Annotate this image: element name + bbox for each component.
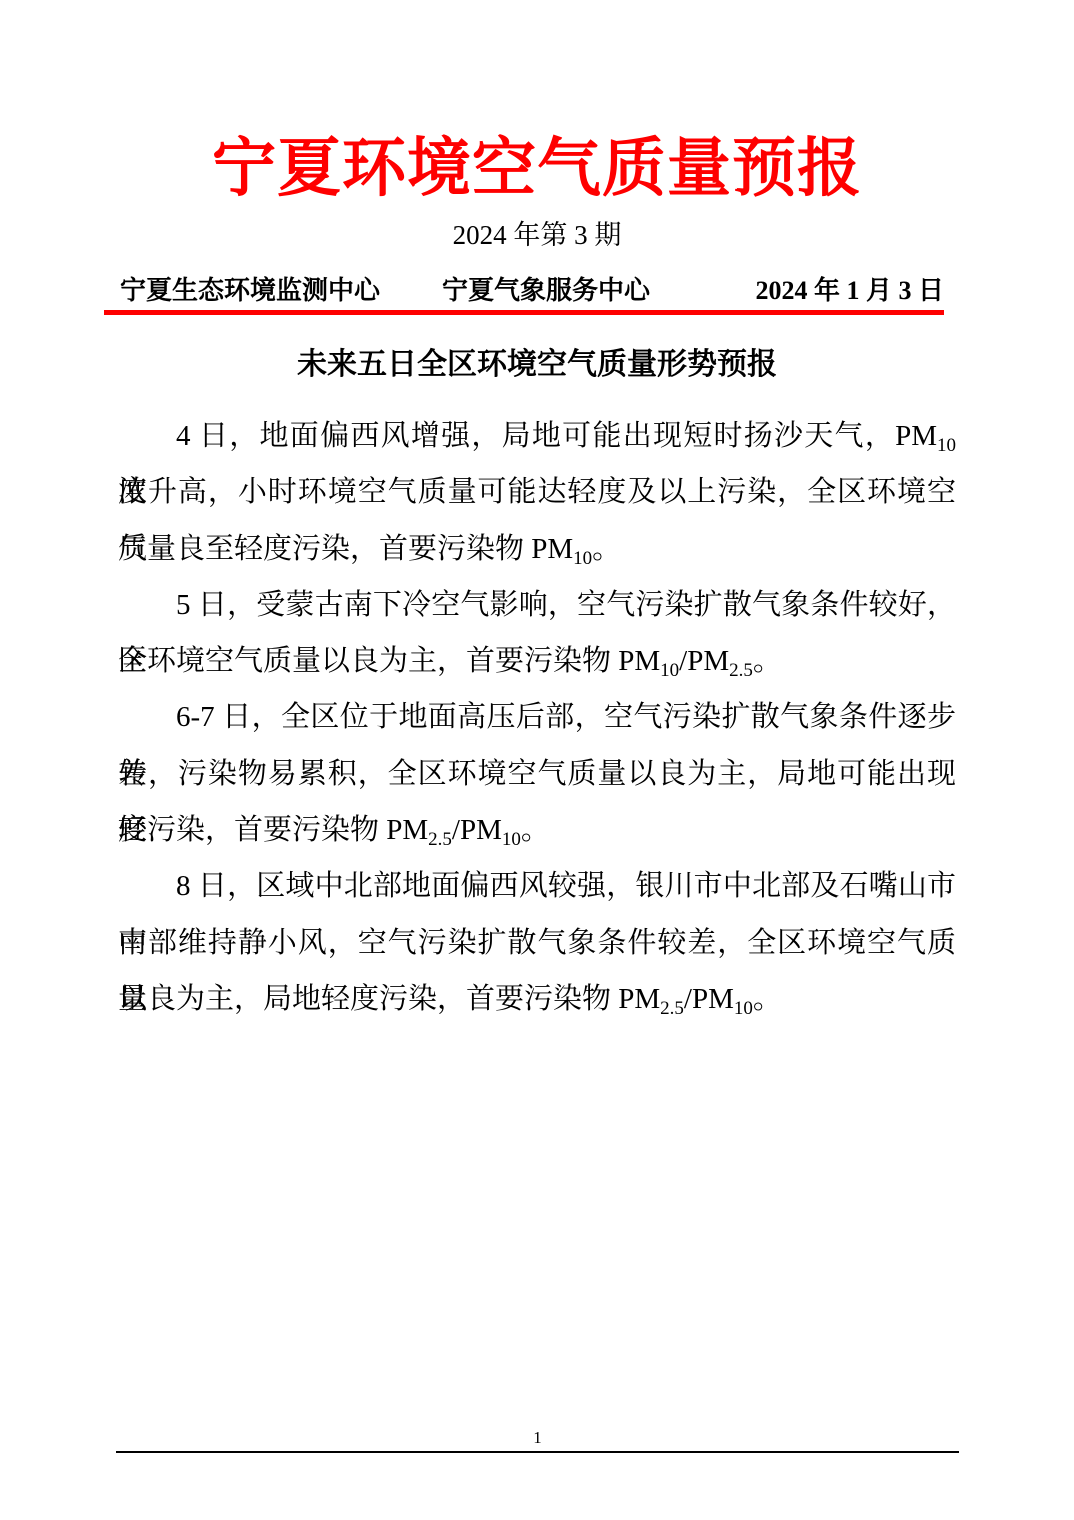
- body-paragraphs: 4 日，地面偏西风增强，局地可能出现短时扬沙天气，PM10 浓度升高，小时环境空…: [118, 408, 956, 1027]
- page-title: 宁夏环境空气质量预报: [0, 130, 1074, 208]
- body-line: 度升高，小时环境空气质量可能达轻度及以上污染，全区环境空气: [118, 464, 956, 520]
- issue-number: 2024 年第 3 期: [0, 219, 1074, 251]
- body-line: 6-7 日，全区位于地面高压后部，空气污染扩散气象条件逐步转: [118, 689, 956, 745]
- org-name-left: 宁夏生态环境监测中心: [120, 276, 380, 306]
- section-heading: 未来五日全区环境空气质量形势预报: [0, 348, 1074, 382]
- publish-date: 2024 年 1 月 3 日: [755, 276, 944, 306]
- body-line: 以良为主，局地轻度污染，首要污染物 PM2.5/PM10。: [118, 971, 956, 1027]
- body-line: 南部维持静小风，空气污染扩散气象条件较差，全区环境空气质量: [118, 915, 956, 971]
- body-line: 度污染，首要污染物 PM2.5/PM10。: [118, 802, 956, 858]
- header-org-row: 宁夏生态环境监测中心 宁夏气象服务中心 2024 年 1 月 3 日: [120, 276, 944, 306]
- body-line: 4 日，地面偏西风增强，局地可能出现短时扬沙天气，PM10 浓: [118, 408, 956, 464]
- body-line: 差，污染物易累积，全区环境空气质量以良为主，局地可能出现轻: [118, 746, 956, 802]
- document-page: 宁夏环境空气质量预报 2024 年第 3 期 宁夏生态环境监测中心 宁夏气象服务…: [0, 0, 1074, 1520]
- body-line: 质量良至轻度污染，首要污染物 PM10。: [118, 521, 956, 577]
- page-number: 1: [533, 1428, 542, 1447]
- org-name-center: 宁夏气象服务中心: [442, 276, 650, 306]
- body-line: 8 日，区域中北部地面偏西风较强，银川市中北部及石嘴山市中: [118, 858, 956, 914]
- body-line: 5 日，受蒙古南下冷空气影响，空气污染扩散气象条件较好，全: [118, 577, 956, 633]
- header-red-rule: [104, 310, 944, 315]
- page-footer: 1: [116, 1428, 959, 1453]
- body-line: 区环境空气质量以良为主，首要污染物 PM10/PM2.5。: [118, 633, 956, 689]
